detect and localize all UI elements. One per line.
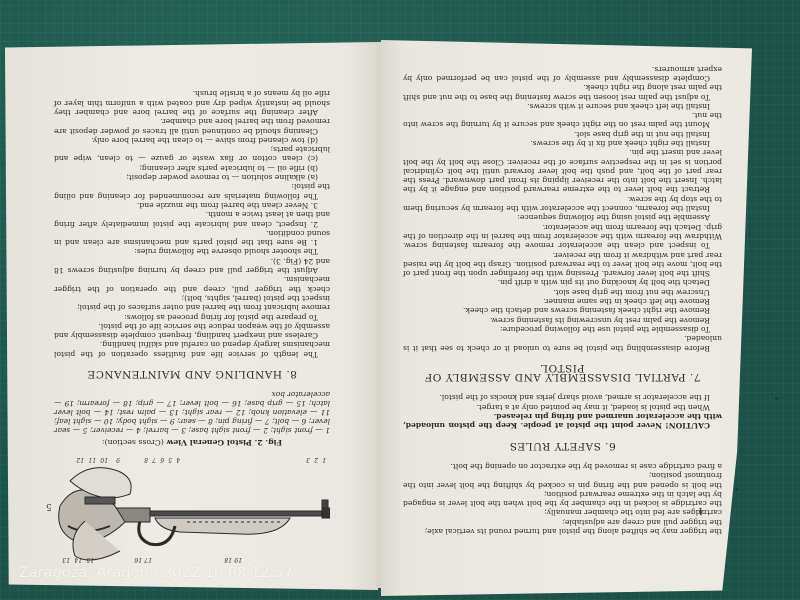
paragraph: remove lubricant from the barrel and out…: [54, 303, 330, 312]
right-page-body: the trigger may be shifted along the pis…: [403, 64, 722, 536]
svg-text:13: 13: [62, 556, 70, 563]
material-item: (b) rifle oil — to lubricate parts after…: [54, 163, 330, 172]
paragraph: Cleaning should be continued until all t…: [54, 117, 330, 136]
photo-watermark: Zaragoza, Aragon | 2022.10.08 12:57: [19, 565, 293, 581]
svg-text:2: 2: [314, 456, 319, 463]
paragraph: Shift the bolt lever forward. Pressing w…: [403, 250, 722, 278]
paragraph: The following materials are recommended …: [54, 182, 330, 201]
svg-text:18: 18: [224, 556, 232, 563]
paragraph: Mount the palm rest on the right cheek a…: [403, 111, 722, 130]
caution-notice: CAUTION! Never point the pistol at peopl…: [403, 412, 722, 431]
rule-item: 1. Be sure that the pistol parts and mec…: [54, 229, 330, 248]
left-page: 5: [5, 42, 378, 590]
list-item: the bolt is opened and the firing pin is…: [403, 471, 722, 490]
svg-text:10: 10: [100, 456, 108, 463]
paragraph: Install the left cheek and secure it wit…: [403, 102, 722, 111]
pistol-cross-section-diagram: 123 456 789 101112 1918 1716 151413: [54, 451, 330, 566]
paragraph: check the trigger pull, creep and the op…: [54, 275, 330, 294]
svg-text:12: 12: [76, 456, 84, 463]
mat-speck: [735, 488, 738, 491]
paragraph: Adjust the trigger pull and creep by tur…: [54, 256, 330, 275]
list-item: the trigger may be shifted along the pis…: [403, 527, 722, 536]
paragraph: Remove the left cheek in the same manner…: [403, 297, 722, 306]
paragraph: Remove the palm rest by unscrewing its f…: [403, 315, 722, 324]
material-item: (a) alkaline solution — to remove powder…: [54, 173, 330, 182]
paragraph: Complete disassembly and assembly of the…: [403, 64, 722, 83]
paragraph: Remove the right cheek fastening screws …: [403, 306, 722, 315]
paragraph: Install the right cheek and fix it by th…: [403, 139, 722, 148]
svg-text:6: 6: [160, 456, 164, 463]
material-item: (d) tow cleaned from shive — to clean th…: [54, 136, 330, 145]
paragraph: Detach the bolt by knocking out its pin …: [403, 278, 722, 287]
paragraph: Before disassembling the pistol be sure …: [403, 334, 722, 353]
svg-text:4: 4: [176, 456, 181, 463]
page-number: 5: [46, 501, 52, 511]
mat-speck: [775, 397, 778, 400]
material-item: (c) clean cotton or flax waste or gauze …: [54, 145, 330, 164]
paragraph: If the accelerator is armed, avoid sharp…: [403, 393, 722, 402]
svg-text:19: 19: [234, 556, 242, 563]
list-item: cartridges are fed into the chamber manu…: [403, 508, 722, 517]
right-page: 4 the trigger may be shifted along the p…: [381, 40, 752, 596]
svg-text:5: 5: [168, 456, 172, 463]
rule-item: 3. Never clean the barrel from the muzzl…: [54, 201, 330, 210]
booklet: 5: [0, 0, 800, 600]
list-item: the cartridge is locked in the chamber b…: [403, 490, 722, 509]
svg-text:15: 15: [86, 556, 94, 563]
section-heading-8: 8. HANDLING AND MAINTENANCE: [54, 369, 330, 378]
paragraph: To disassemble the pistol use the follow…: [403, 325, 722, 334]
svg-text:7: 7: [152, 456, 156, 463]
svg-text:14: 14: [74, 556, 82, 563]
paragraph: Install the forearm, connect the acceler…: [403, 195, 722, 214]
paragraph: inspect the pistol (barrel, sights, bolt…: [54, 294, 330, 303]
figure-title: Fig. 2. Pistol General View (Cross secti…: [54, 438, 330, 447]
paragraph: Assemble the pistol using the following …: [403, 213, 722, 222]
paragraph: To prepare the pistol for firing proceed…: [54, 312, 330, 321]
list-item: a fired cartridge case is removed by the…: [403, 462, 722, 471]
paragraph: The length of service life and faultless…: [54, 340, 330, 359]
section-heading-6: 6. SAFETY RULES: [403, 440, 722, 449]
svg-text:11: 11: [88, 456, 96, 463]
paragraph: Unscrew the nut from the grip base slot.: [403, 287, 722, 296]
svg-text:9: 9: [116, 456, 120, 463]
list-item: the trigger pull and creep are adjustabl…: [403, 517, 722, 526]
svg-text:16: 16: [134, 556, 142, 563]
rule-item: 2. Inspect, clean and lubricate the pist…: [54, 210, 330, 229]
svg-text:3: 3: [306, 456, 310, 463]
paragraph: To inspect and clean the accelerator rem…: [403, 222, 722, 250]
paragraph: Retract the bolt lever to the extreme re…: [403, 148, 722, 194]
svg-text:8: 8: [144, 456, 148, 463]
figure-caption: Fig. 2. Pistol General View (Cross secti…: [54, 390, 330, 447]
left-page-body: 123 456 789 101112 1918 1716 151413 Fig.…: [54, 89, 330, 572]
figure-parts-legend: 1 — front sight; 2 — front sight base; 3…: [54, 390, 330, 435]
svg-text:17: 17: [144, 556, 152, 563]
section-heading-7: 7. PARTIAL DISASSEMBLY AND ASSEMBLY OF P…: [403, 363, 722, 382]
paragraph: When the pistol is loaded, it may be poi…: [403, 402, 722, 411]
paragraph: To adjust the palm rest loosen the screw…: [403, 83, 722, 102]
svg-text:1: 1: [322, 456, 326, 463]
paragraph: After cleaning the surface of the barrel…: [54, 89, 330, 117]
paragraph: The shooter should observe the following…: [54, 247, 330, 256]
paragraph: Install the nut in the grip base slot.: [403, 129, 722, 138]
paragraph: Careless and inexpert handling, frequent…: [54, 322, 330, 341]
